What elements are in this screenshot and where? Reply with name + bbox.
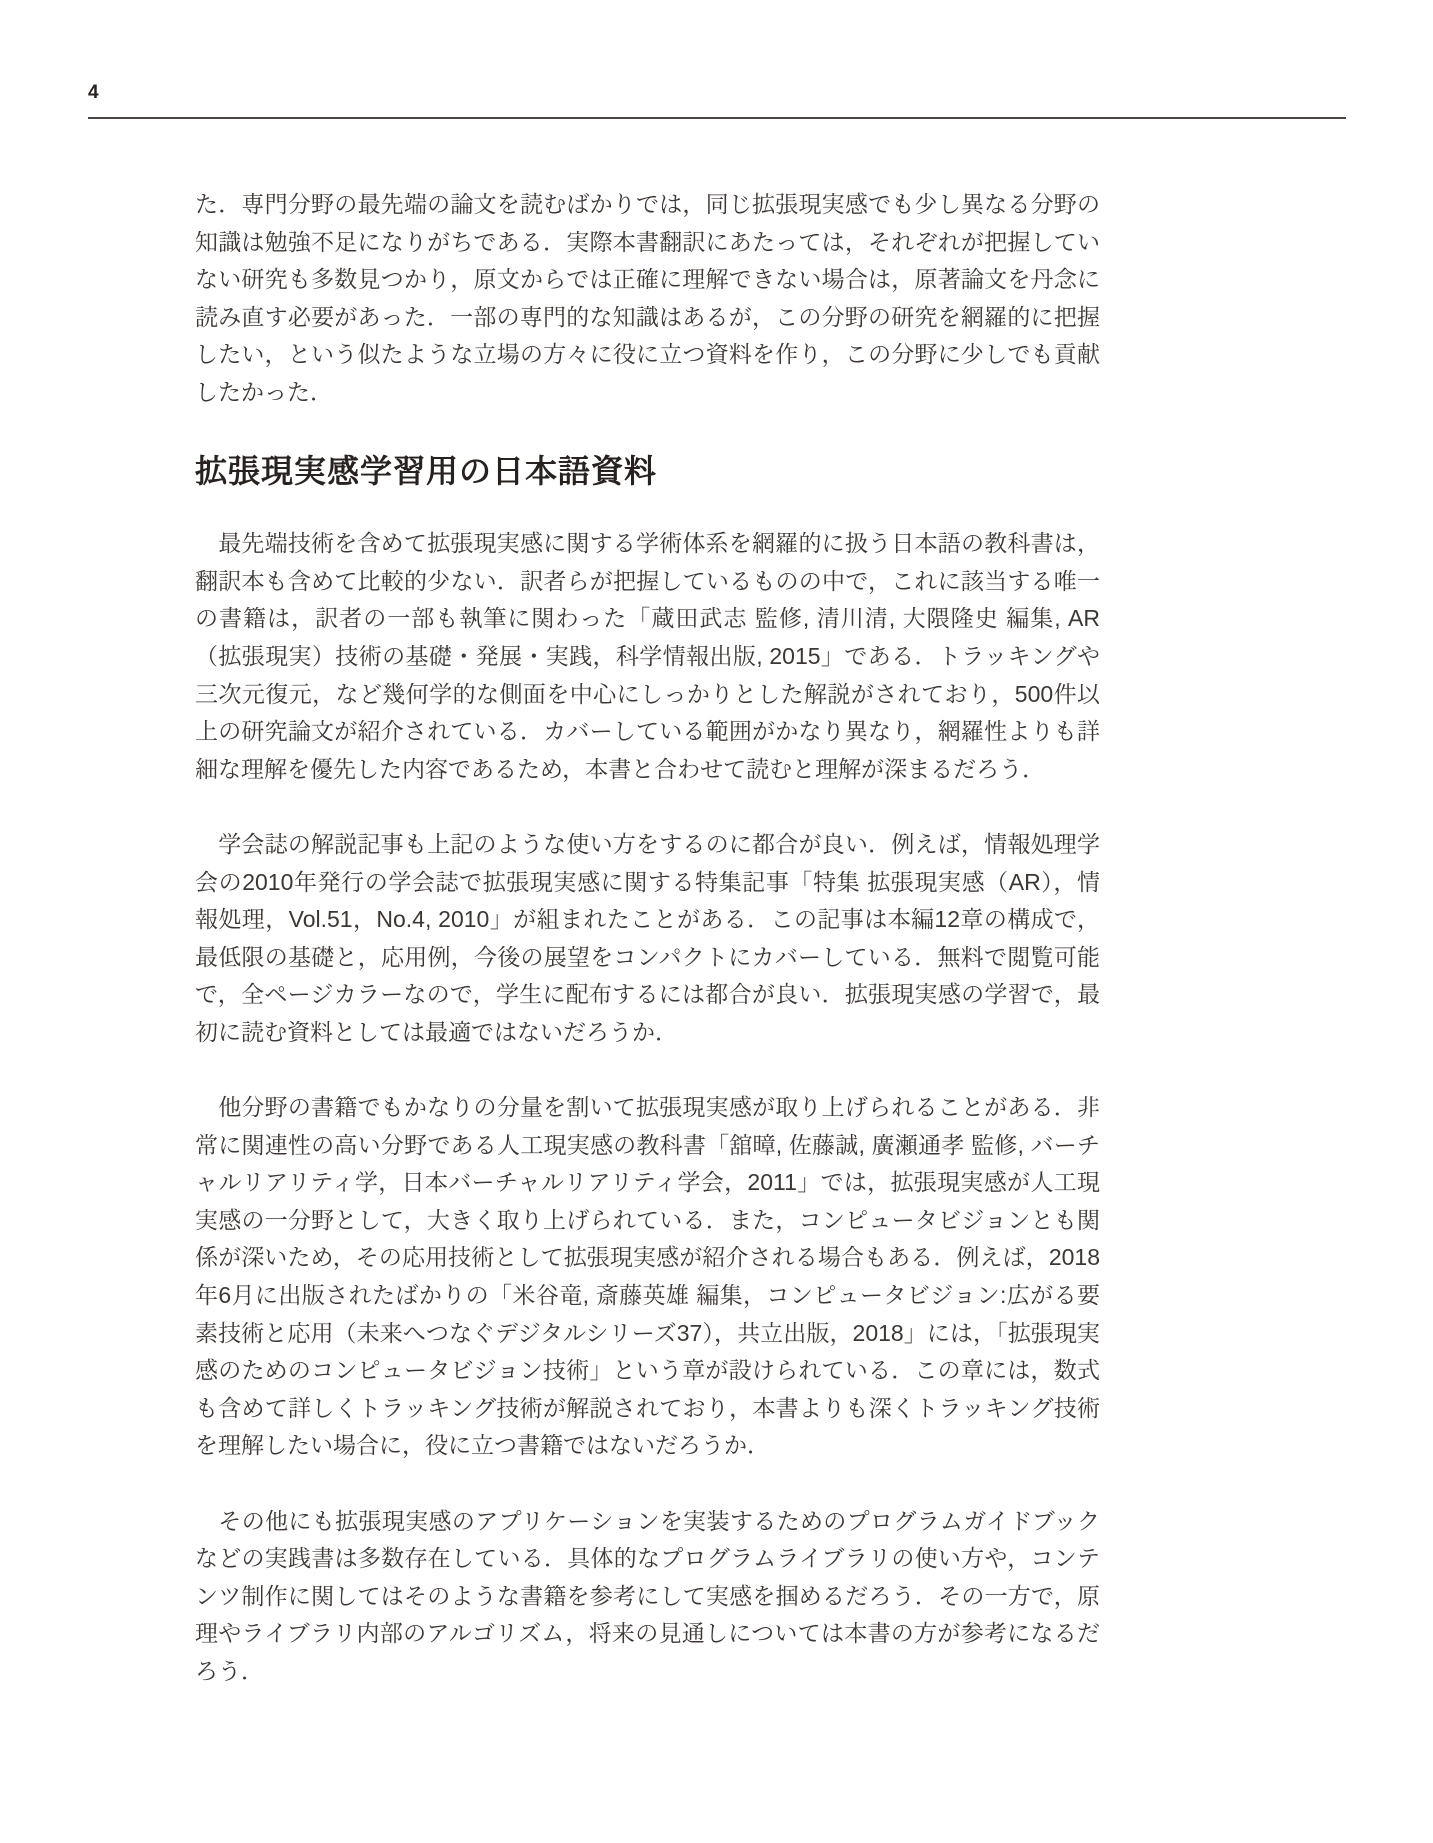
- document-page: 4 た．専門分野の最先端の論文を読むばかりでは，同じ拡張現実感でも少し異なる分野…: [0, 0, 1433, 1843]
- body-paragraph: 最先端技術を含めて拡張現実感に関する学術体系を網羅的に扱う日本語の教科書は，翻訳…: [195, 525, 1100, 788]
- body-paragraph: 他分野の書籍でもかなりの分量を割いて拡張現実感が取り上げられることがある．非常に…: [195, 1089, 1100, 1465]
- page-number: 4: [88, 82, 99, 104]
- section-heading: 拡張現実感学習用の日本語資料: [195, 449, 1100, 493]
- intro-paragraph: た．専門分野の最先端の論文を読むばかりでは，同じ拡張現実感でも少し異なる分野の知…: [195, 186, 1100, 412]
- body-paragraph: 学会誌の解説記事も上記のような使い方をするのに都合が良い．例えば，情報処理学会の…: [195, 826, 1100, 1052]
- page-content: た．専門分野の最先端の論文を読むばかりでは，同じ拡張現実感でも少し異なる分野の知…: [195, 186, 1100, 1728]
- body-paragraph: その他にも拡張現実感のアプリケーションを実装するためのプログラムガイドブックなど…: [195, 1503, 1100, 1691]
- header-rule: [88, 117, 1346, 119]
